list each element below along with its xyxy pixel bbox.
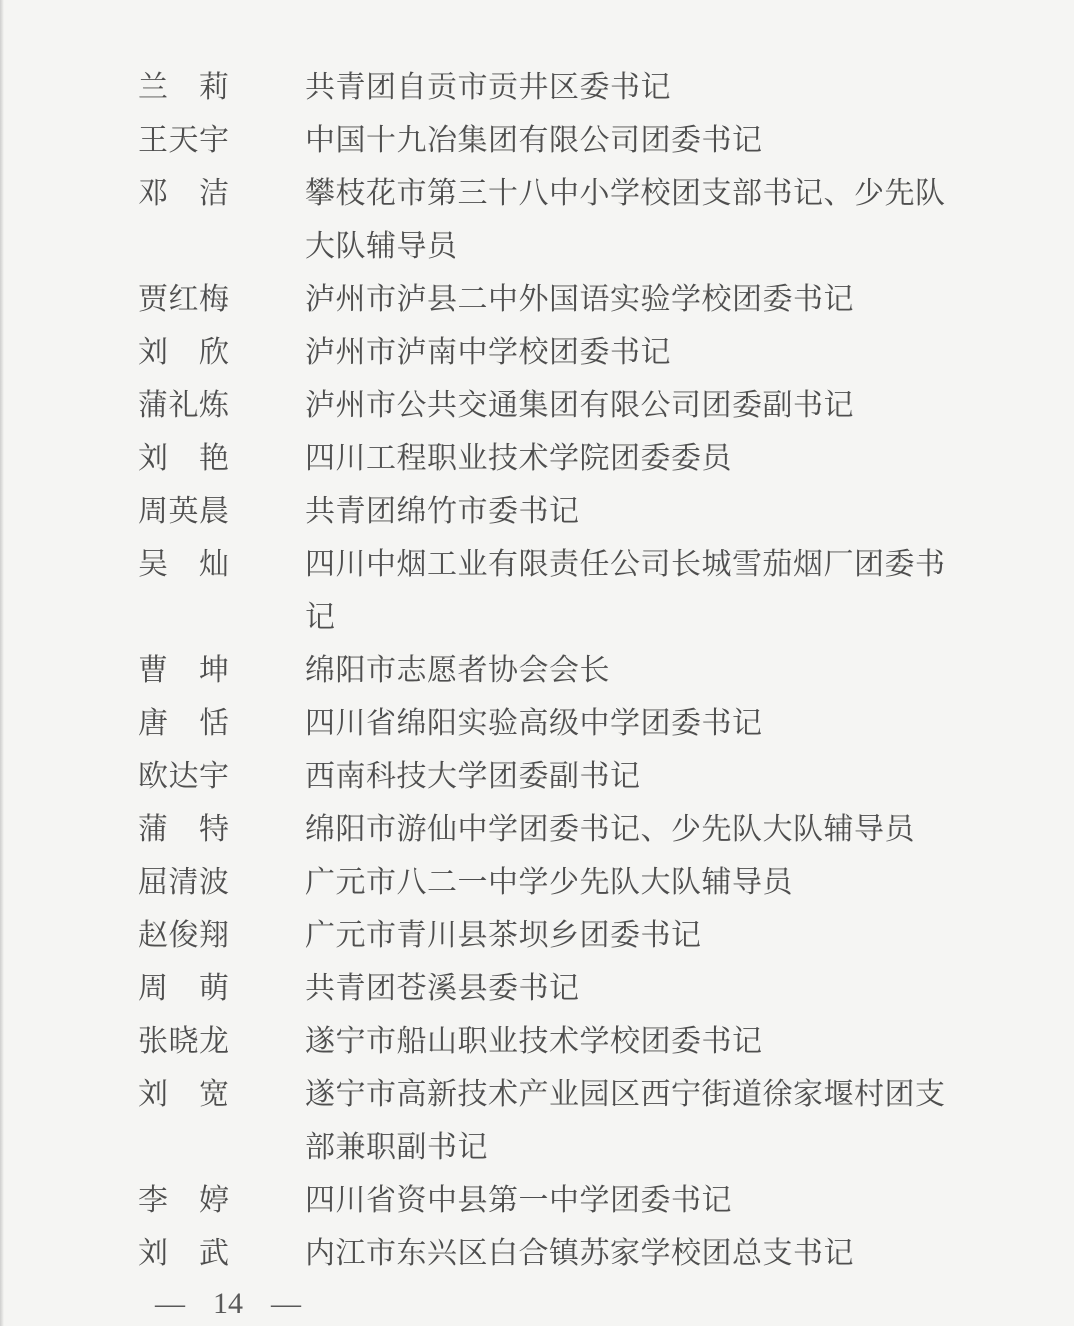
person-title: 四川省绵阳实验高级中学团委书记 bbox=[305, 697, 965, 750]
person-name: 曹 坤 bbox=[138, 644, 233, 697]
list-entry: 刘 欣泸州市泸南中学校团委书记 bbox=[138, 326, 1074, 379]
person-name: 欧达宇 bbox=[138, 750, 233, 803]
list-entry: 蒲 特绵阳市游仙中学团委书记、少先队大队辅导员 bbox=[138, 803, 1074, 856]
person-name: 邓 洁 bbox=[138, 167, 233, 220]
person-name: 赵俊翔 bbox=[138, 909, 233, 962]
footer-dash-left: — bbox=[155, 1289, 185, 1319]
list-entry: 刘 宽遂宁市高新技术产业园区西宁街道徐家堰村团支部兼职副书记 bbox=[138, 1068, 1074, 1174]
person-name: 兰 莉 bbox=[138, 61, 233, 114]
person-name: 刘 艳 bbox=[138, 432, 233, 485]
person-title: 绵阳市游仙中学团委书记、少先队大队辅导员 bbox=[305, 803, 965, 856]
person-title: 泸州市泸县二中外国语实验学校团委书记 bbox=[305, 273, 965, 326]
person-title: 广元市八二一中学少先队大队辅导员 bbox=[305, 856, 965, 909]
person-title: 四川省资中县第一中学团委书记 bbox=[305, 1174, 965, 1227]
person-name: 刘 宽 bbox=[138, 1068, 233, 1121]
person-title: 中国十九冶集团有限公司团委书记 bbox=[305, 114, 965, 167]
list-entry: 蒲礼炼泸州市公共交通集团有限公司团委副书记 bbox=[138, 379, 1074, 432]
list-entry: 兰 莉共青团自贡市贡井区委书记 bbox=[138, 61, 1074, 114]
scan-edge-shadow bbox=[0, 0, 4, 1326]
person-name: 张晓龙 bbox=[138, 1015, 233, 1068]
person-name: 唐 恬 bbox=[138, 697, 233, 750]
list-entry: 曹 坤绵阳市志愿者协会会长 bbox=[138, 644, 1074, 697]
person-name: 吴 灿 bbox=[138, 538, 233, 591]
person-title: 遂宁市高新技术产业园区西宁街道徐家堰村团支部兼职副书记 bbox=[305, 1068, 965, 1174]
list-entry: 邓 洁攀枝花市第三十八中小学校团支部书记、少先队大队辅导员 bbox=[138, 167, 1074, 273]
list-entry: 李 婷四川省资中县第一中学团委书记 bbox=[138, 1174, 1074, 1227]
person-name: 周 萌 bbox=[138, 962, 233, 1015]
person-name: 贾红梅 bbox=[138, 273, 233, 326]
person-title: 内江市东兴区白合镇苏家学校团总支书记 bbox=[305, 1227, 965, 1280]
list-entry: 唐 恬四川省绵阳实验高级中学团委书记 bbox=[138, 697, 1074, 750]
person-title: 攀枝花市第三十八中小学校团支部书记、少先队大队辅导员 bbox=[305, 167, 965, 273]
list-entry: 吴 灿四川中烟工业有限责任公司长城雪茄烟厂团委书记 bbox=[138, 538, 1074, 644]
list-entry: 王天宇中国十九冶集团有限公司团委书记 bbox=[138, 114, 1074, 167]
awardee-list: 兰 莉共青团自贡市贡井区委书记王天宇中国十九冶集团有限公司团委书记邓 洁攀枝花市… bbox=[138, 61, 1074, 1280]
person-title: 四川工程职业技术学院团委委员 bbox=[305, 432, 965, 485]
list-entry: 贾红梅泸州市泸县二中外国语实验学校团委书记 bbox=[138, 273, 1074, 326]
list-entry: 刘 艳四川工程职业技术学院团委委员 bbox=[138, 432, 1074, 485]
list-entry: 屈清波广元市八二一中学少先队大队辅导员 bbox=[138, 856, 1074, 909]
footer-dash-right: — bbox=[271, 1289, 301, 1319]
person-title: 共青团绵竹市委书记 bbox=[305, 485, 965, 538]
list-entry: 周英晨共青团绵竹市委书记 bbox=[138, 485, 1074, 538]
person-title: 泸州市公共交通集团有限公司团委副书记 bbox=[305, 379, 965, 432]
list-entry: 张晓龙遂宁市船山职业技术学校团委书记 bbox=[138, 1015, 1074, 1068]
list-entry: 欧达宇西南科技大学团委副书记 bbox=[138, 750, 1074, 803]
document-page: { "page": { "background_color": "#f5f5f3… bbox=[0, 0, 1074, 1326]
person-name: 蒲 特 bbox=[138, 803, 233, 856]
page-number: 14 bbox=[213, 1289, 243, 1319]
person-name: 周英晨 bbox=[138, 485, 233, 538]
page-footer: — 14 — bbox=[155, 1289, 1074, 1319]
person-title: 遂宁市船山职业技术学校团委书记 bbox=[305, 1015, 965, 1068]
list-entry: 周 萌共青团苍溪县委书记 bbox=[138, 962, 1074, 1015]
person-title: 西南科技大学团委副书记 bbox=[305, 750, 965, 803]
person-name: 王天宇 bbox=[138, 114, 233, 167]
page-body: 兰 莉共青团自贡市贡井区委书记王天宇中国十九冶集团有限公司团委书记邓 洁攀枝花市… bbox=[0, 0, 1074, 1319]
list-entry: 刘 武内江市东兴区白合镇苏家学校团总支书记 bbox=[138, 1227, 1074, 1280]
person-title: 四川中烟工业有限责任公司长城雪茄烟厂团委书记 bbox=[305, 538, 965, 644]
person-name: 李 婷 bbox=[138, 1174, 233, 1227]
person-title: 广元市青川县茶坝乡团委书记 bbox=[305, 909, 965, 962]
person-title: 共青团苍溪县委书记 bbox=[305, 962, 965, 1015]
person-name: 屈清波 bbox=[138, 856, 233, 909]
person-name: 蒲礼炼 bbox=[138, 379, 233, 432]
person-title: 共青团自贡市贡井区委书记 bbox=[305, 61, 965, 114]
person-title: 泸州市泸南中学校团委书记 bbox=[305, 326, 965, 379]
list-entry: 赵俊翔广元市青川县茶坝乡团委书记 bbox=[138, 909, 1074, 962]
person-name: 刘 武 bbox=[138, 1227, 233, 1280]
person-name: 刘 欣 bbox=[138, 326, 233, 379]
person-title: 绵阳市志愿者协会会长 bbox=[305, 644, 965, 697]
